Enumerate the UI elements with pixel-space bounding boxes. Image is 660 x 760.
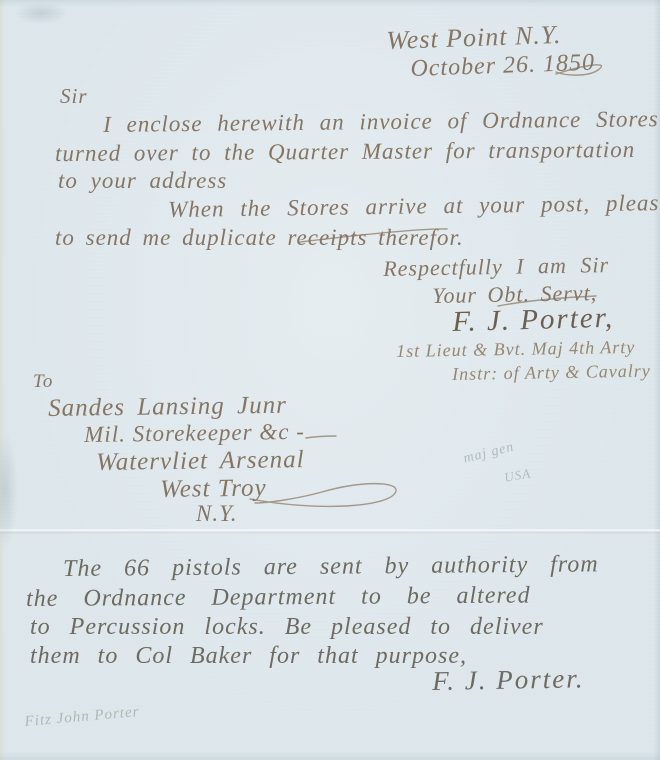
address-name: Sandes Lansing Junr	[48, 392, 287, 423]
closing-respectfully: Respectfully I am Sir	[383, 252, 609, 282]
closing-rank-line2: Instr: of Arty & Cavalry	[452, 361, 651, 385]
salutation: Sir	[60, 84, 88, 109]
postscript-line3: to Percussion locks. Be pleased to deliv…	[30, 614, 544, 641]
pencil-note-bottom: Fitz John Porter	[24, 704, 140, 731]
address-to: To	[33, 371, 53, 393]
heading-place: West Point N.Y.	[386, 20, 562, 56]
body-para1-line1: I enclose herewith an invoice of Ordnanc…	[103, 106, 659, 138]
heading-date: October 26. 1850	[410, 50, 595, 83]
corner-smudge	[14, 2, 68, 24]
postscript-signature: F. J. Porter.	[432, 663, 585, 697]
fold-crease	[0, 529, 660, 534]
storekeeper-dash-flourish	[306, 436, 336, 438]
closing-rank-line1: 1st Lieut & Bvt. Maj 4th Arty	[396, 337, 635, 362]
address-city: West Troy	[160, 475, 267, 504]
west-troy-flourish	[250, 484, 396, 507]
postscript-line1: The 66 pistols are sent by authority fro…	[63, 551, 599, 583]
closing-signature: F. J. Porter,	[452, 302, 614, 339]
postscript-line4: them to Col Baker for that purpose,	[30, 643, 467, 670]
pencil-note-right-line1: maj gen	[462, 439, 516, 467]
body-para2-line2: to send me duplicate receipts therefor.	[55, 225, 464, 251]
body-para1-line3: to your address	[58, 168, 227, 194]
postscript-line2: the Ordnance Department to be altered	[26, 582, 531, 613]
address-title: Mil. Storekeeper &c -	[84, 419, 305, 448]
scanned-letter-page: West Point N.Y. October 26. 1850 Sir I e…	[0, 0, 660, 760]
address-state: N.Y.	[196, 501, 238, 527]
body-para2-line1: When the Stores arrive at your post, ple…	[168, 190, 660, 223]
body-para1-line2: turned over to the Quarter Master for tr…	[55, 137, 635, 167]
pencil-note-right-line2: USA	[503, 465, 532, 485]
address-place: Watervliet Arsenal	[96, 446, 305, 477]
